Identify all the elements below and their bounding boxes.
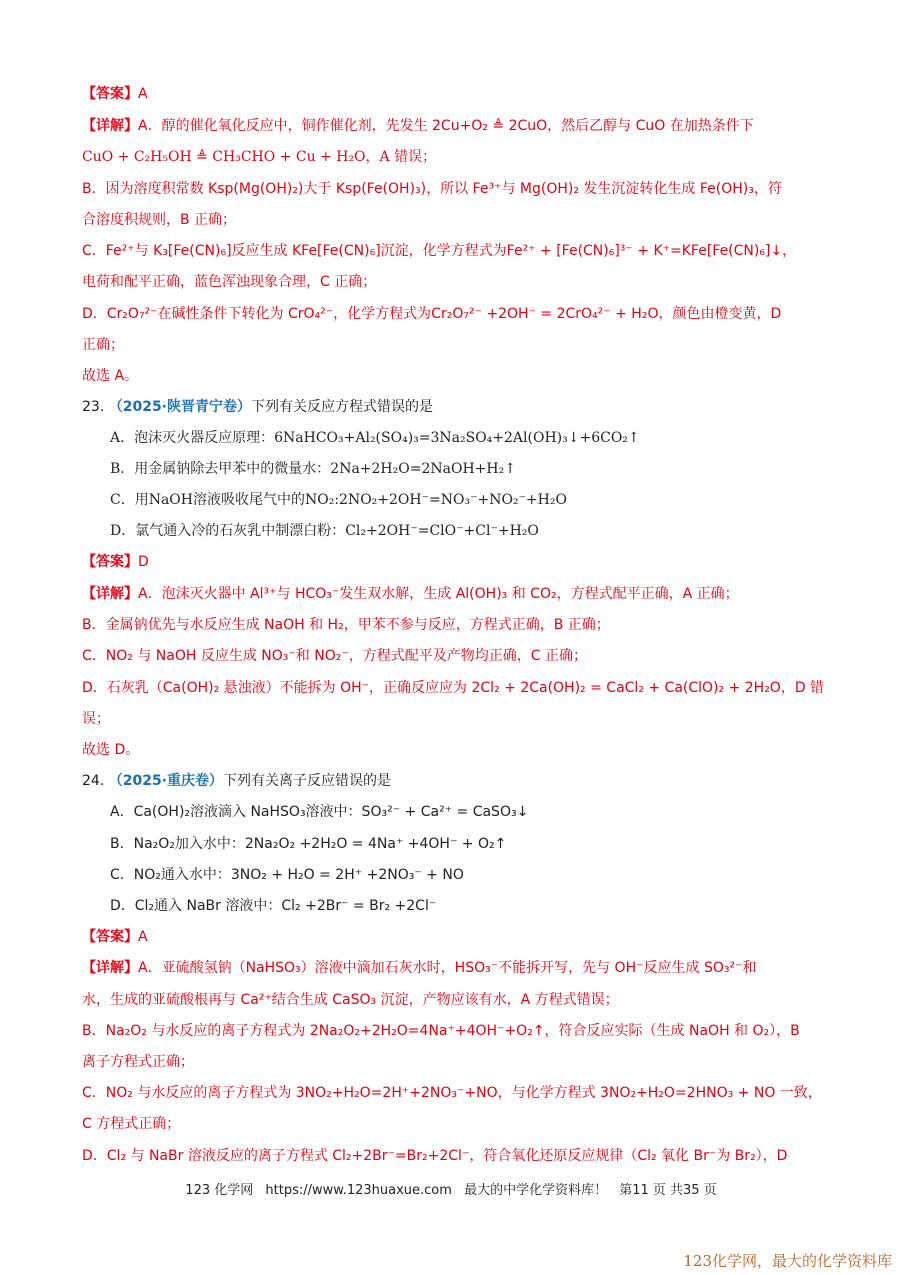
detail-line: D．石灰乳（Ca(OH)₂ 悬浊液）不能拆为 OH⁻，正确反应应为 2Cl₂ +… bbox=[82, 678, 832, 698]
question-24-stem: 24. （2025·重庆卷）下列有关离子反应错误的是 bbox=[82, 771, 832, 791]
detail-line: B．因为溶度积常数 Ksp(Mg(OH)₂)大于 Ksp(Fe(OH)₃)，所以… bbox=[82, 179, 832, 199]
watermark: 123化学网，最大的化学资料库 bbox=[683, 1250, 892, 1271]
option-b: B．用金属钠除去甲苯中的微量水：2Na+2H₂O=2NaOH+H₂↑ bbox=[110, 459, 832, 479]
detail-line: B．金属钠优先与水反应生成 NaOH 和 H₂，甲苯不参与反应，方程式正确，B … bbox=[82, 615, 832, 635]
detail-label: 【详解】 bbox=[82, 960, 138, 976]
answer-label: 【答案】 bbox=[82, 554, 138, 570]
detail-line: C．Fe²⁺与 K₃[Fe(CN)₆]反应生成 KFe[Fe(CN)₆]沉淀，化… bbox=[82, 241, 832, 261]
option-a: A．泡沫灭火器反应原理：6NaHCO₃+Al₂(SO₄)₃=3Na₂SO₄+2A… bbox=[110, 428, 832, 448]
detail-line: C．NO₂ 与水反应的离子方程式为 3NO₂+H₂O=2H⁺+2NO₃⁻+NO，… bbox=[82, 1083, 832, 1103]
detail-line: CuO + C₂H₅OH ≜ CH₃CHO + Cu + H₂O，A 错误； bbox=[82, 147, 832, 167]
question-23-stem: 23. （2025·陕晋青宁卷）下列有关反应方程式错误的是 bbox=[82, 397, 832, 417]
detail-line: 【详解】A．泡沫灭火器中 Al³⁺与 HCO₃⁻发生双水解，生成 Al(OH)₃… bbox=[82, 584, 832, 604]
conclusion-line: 故选 D。 bbox=[82, 740, 832, 760]
conclusion-line: 故选 A。 bbox=[82, 366, 832, 386]
detail-line: C．NO₂ 与 NaOH 反应生成 NO₃⁻和 NO₂⁻，方程式配平及产物均正确… bbox=[82, 646, 832, 666]
option-c: C．NO₂通入水中：3NO₂ + H₂O = 2H⁺ +2NO₃⁻ + NO bbox=[110, 865, 832, 885]
detail-line: 正确； bbox=[82, 335, 832, 355]
answer-label: 【答案】 bbox=[82, 929, 138, 945]
detail-line: D．Cl₂ 与 NaBr 溶液反应的离子方程式 Cl₂+2Br⁻=Br₂+2Cl… bbox=[82, 1146, 832, 1166]
detail-line: B．Na₂O₂ 与水反应的离子方程式为 2Na₂O₂+2H₂O=4Na⁺+4OH… bbox=[82, 1021, 832, 1041]
page-number: 第11 页 共35 页 bbox=[619, 1183, 716, 1198]
detail-label: 【详解】 bbox=[82, 118, 138, 134]
detail-line: 水，生成的亚硫酸根再与 Ca²⁺结合生成 CaSO₃ 沉淀，产物应该有水，A 方… bbox=[82, 990, 832, 1010]
question-number: 24. bbox=[82, 773, 104, 789]
answer-label: 【答案】 bbox=[82, 86, 138, 102]
answer-line: 【答案】A bbox=[82, 927, 832, 947]
footer-site: 123 化学网 bbox=[185, 1183, 253, 1198]
detail-line: 合溶度积规则，B 正确； bbox=[82, 210, 832, 230]
footer-url[interactable]: https://www.123huaxue.com bbox=[265, 1183, 452, 1198]
question-source: （2025·陕晋青宁卷） bbox=[109, 399, 251, 415]
option-d: D．Cl₂通入 NaBr 溶液中：Cl₂ +2Br⁻ = Br₂ +2Cl⁻ bbox=[110, 896, 832, 916]
answer-line: 【答案】A bbox=[82, 84, 832, 104]
option-a: A．Ca(OH)₂溶液滴入 NaHSO₃溶液中：SO₃²⁻ + Ca²⁺ = C… bbox=[110, 802, 832, 822]
detail-line: 离子方程式正确； bbox=[82, 1052, 832, 1072]
detail-line: 【详解】A．醇的催化氧化反应中，铜作催化剂，先发生 2Cu+O₂ ≜ 2CuO，… bbox=[82, 116, 832, 136]
detail-line: 误； bbox=[82, 709, 832, 729]
answer-line: 【答案】D bbox=[82, 552, 832, 572]
question-text: 下列有关反应方程式错误的是 bbox=[251, 399, 433, 415]
answer-value: A bbox=[138, 929, 148, 945]
detail-line: 电荷和配平正确，蓝色浑浊现象合理，C 正确； bbox=[82, 272, 832, 292]
detail-line: D．Cr₂O₇²⁻在碱性条件下转化为 CrO₄²⁻，化学方程式为Cr₂O₇²⁻ … bbox=[82, 304, 832, 324]
option-d: D．氯气通入冷的石灰乳中制漂白粉：Cl₂+2OH⁻=ClO⁻+Cl⁻+H₂O bbox=[110, 521, 832, 541]
option-c: C．用NaOH溶液吸收尾气中的NO₂:2NO₂+2OH⁻=NO₃⁻+NO₂⁻+H… bbox=[110, 490, 832, 510]
page-footer: 123 化学网 https://www.123huaxue.com 最大的中学化… bbox=[0, 1179, 902, 1198]
option-b: B．Na₂O₂加入水中：2Na₂O₂ +2H₂O = 4Na⁺ +4OH⁻ + … bbox=[110, 834, 832, 854]
detail-line: C 方程式正确； bbox=[82, 1114, 832, 1134]
detail-label: 【详解】 bbox=[82, 586, 138, 602]
footer-slogan: 最大的中学化学资料库！ bbox=[464, 1183, 607, 1198]
answer-value: D bbox=[138, 554, 149, 570]
question-source: （2025·重庆卷） bbox=[109, 773, 223, 789]
answer-value: A bbox=[138, 86, 148, 102]
question-number: 23. bbox=[82, 399, 104, 415]
question-text: 下列有关离子反应错误的是 bbox=[223, 773, 391, 789]
detail-line: 【详解】A．亚硫酸氢钠（NaHSO₃）溶液中滴加石灰水时，HSO₃⁻不能拆开写，… bbox=[82, 958, 832, 978]
